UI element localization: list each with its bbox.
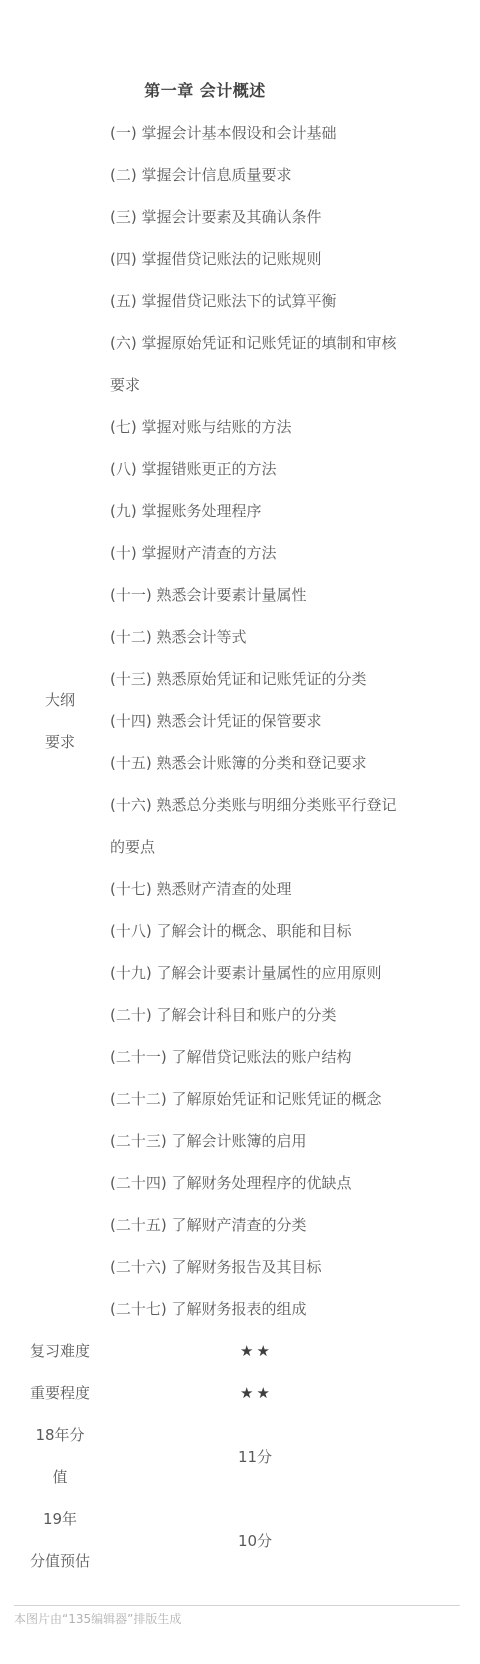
- outline-item: (五) 掌握借贷记账法下的试算平衡: [110, 280, 400, 322]
- stat-row-review-difficulty: 复习难度 ★★: [10, 1330, 400, 1372]
- outline-row: 大纲 要求 (一) 掌握会计基本假设和会计基础(二) 掌握会计信息质量要求(三)…: [10, 112, 400, 1330]
- outline-item: (八) 掌握错账更正的方法: [110, 448, 400, 490]
- outline-item: (一) 掌握会计基本假设和会计基础: [110, 112, 400, 154]
- outline-item: (十八) 了解会计的概念、职能和目标: [110, 910, 400, 952]
- outline-item: (二) 掌握会计信息质量要求: [110, 154, 400, 196]
- stat-label: 18年分 值: [10, 1414, 110, 1498]
- outline-item: (十九) 了解会计要素计量属性的应用原则: [110, 952, 400, 994]
- outline-item: (二十五) 了解财产清查的分类: [110, 1204, 400, 1246]
- stat-label: 复习难度: [10, 1330, 110, 1372]
- outline-item: (九) 掌握账务处理程序: [110, 490, 400, 532]
- footer-credit: 本图片由“135编辑器”排版生成: [14, 1610, 480, 1628]
- outline-table: 第一章 会计概述 大纲 要求 (一) 掌握会计基本假设和会计基础(二) 掌握会计…: [10, 70, 400, 1582]
- outline-item: (十) 掌握财产清查的方法: [110, 532, 400, 574]
- outline-item: (十五) 熟悉会计账簿的分类和登记要求: [110, 742, 400, 784]
- stat-row-score-2018: 18年分 值 11分: [10, 1414, 400, 1498]
- outline-item: (十三) 熟悉原始凭证和记账凭证的分类: [110, 658, 400, 700]
- outline-item: (六) 掌握原始凭证和记账凭证的填制和审核 要求: [110, 322, 400, 406]
- outline-item: (二十) 了解会计科目和账户的分类: [110, 994, 400, 1036]
- outline-item: (十四) 熟悉会计凭证的保管要求: [110, 700, 400, 742]
- document-page: 第一章 会计概述 大纲 要求 (一) 掌握会计基本假设和会计基础(二) 掌握会计…: [0, 0, 480, 1628]
- outline-item: (十七) 熟悉财产清查的处理: [110, 868, 400, 910]
- footer-divider: [14, 1605, 460, 1606]
- outline-item: (二十七) 了解财务报表的组成: [110, 1288, 400, 1330]
- outline-item: (十六) 熟悉总分类账与明细分类账平行登记 的要点: [110, 784, 400, 868]
- outline-item: (十一) 熟悉会计要素计量属性: [110, 574, 400, 616]
- stat-row-importance: 重要程度 ★★: [10, 1372, 400, 1414]
- outline-item: (三) 掌握会计要素及其确认条件: [110, 196, 400, 238]
- stat-value: 10分: [110, 1498, 400, 1582]
- outline-item: (十二) 熟悉会计等式: [110, 616, 400, 658]
- stat-label: 19年 分值预估: [10, 1498, 110, 1582]
- outline-label: 大纲 要求: [10, 112, 110, 1330]
- chapter-title: 第一章 会计概述: [10, 70, 400, 112]
- stat-label: 重要程度: [10, 1372, 110, 1414]
- stat-row-score-2019-estimate: 19年 分值预估 10分: [10, 1498, 400, 1582]
- outline-item: (二十四) 了解财务处理程序的优缺点: [110, 1162, 400, 1204]
- stat-value-stars: ★★: [110, 1372, 400, 1414]
- stat-value: 11分: [110, 1414, 400, 1498]
- stat-value-stars: ★★: [110, 1330, 400, 1372]
- outline-item: (二十一) 了解借贷记账法的账户结构: [110, 1036, 400, 1078]
- outline-item: (二十三) 了解会计账簿的启用: [110, 1120, 400, 1162]
- outline-item: (四) 掌握借贷记账法的记账规则: [110, 238, 400, 280]
- outline-item: (七) 掌握对账与结账的方法: [110, 406, 400, 448]
- outline-item: (二十六) 了解财务报告及其目标: [110, 1246, 400, 1288]
- outline-items: (一) 掌握会计基本假设和会计基础(二) 掌握会计信息质量要求(三) 掌握会计要…: [110, 112, 400, 1330]
- outline-item: (二十二) 了解原始凭证和记账凭证的概念: [110, 1078, 400, 1120]
